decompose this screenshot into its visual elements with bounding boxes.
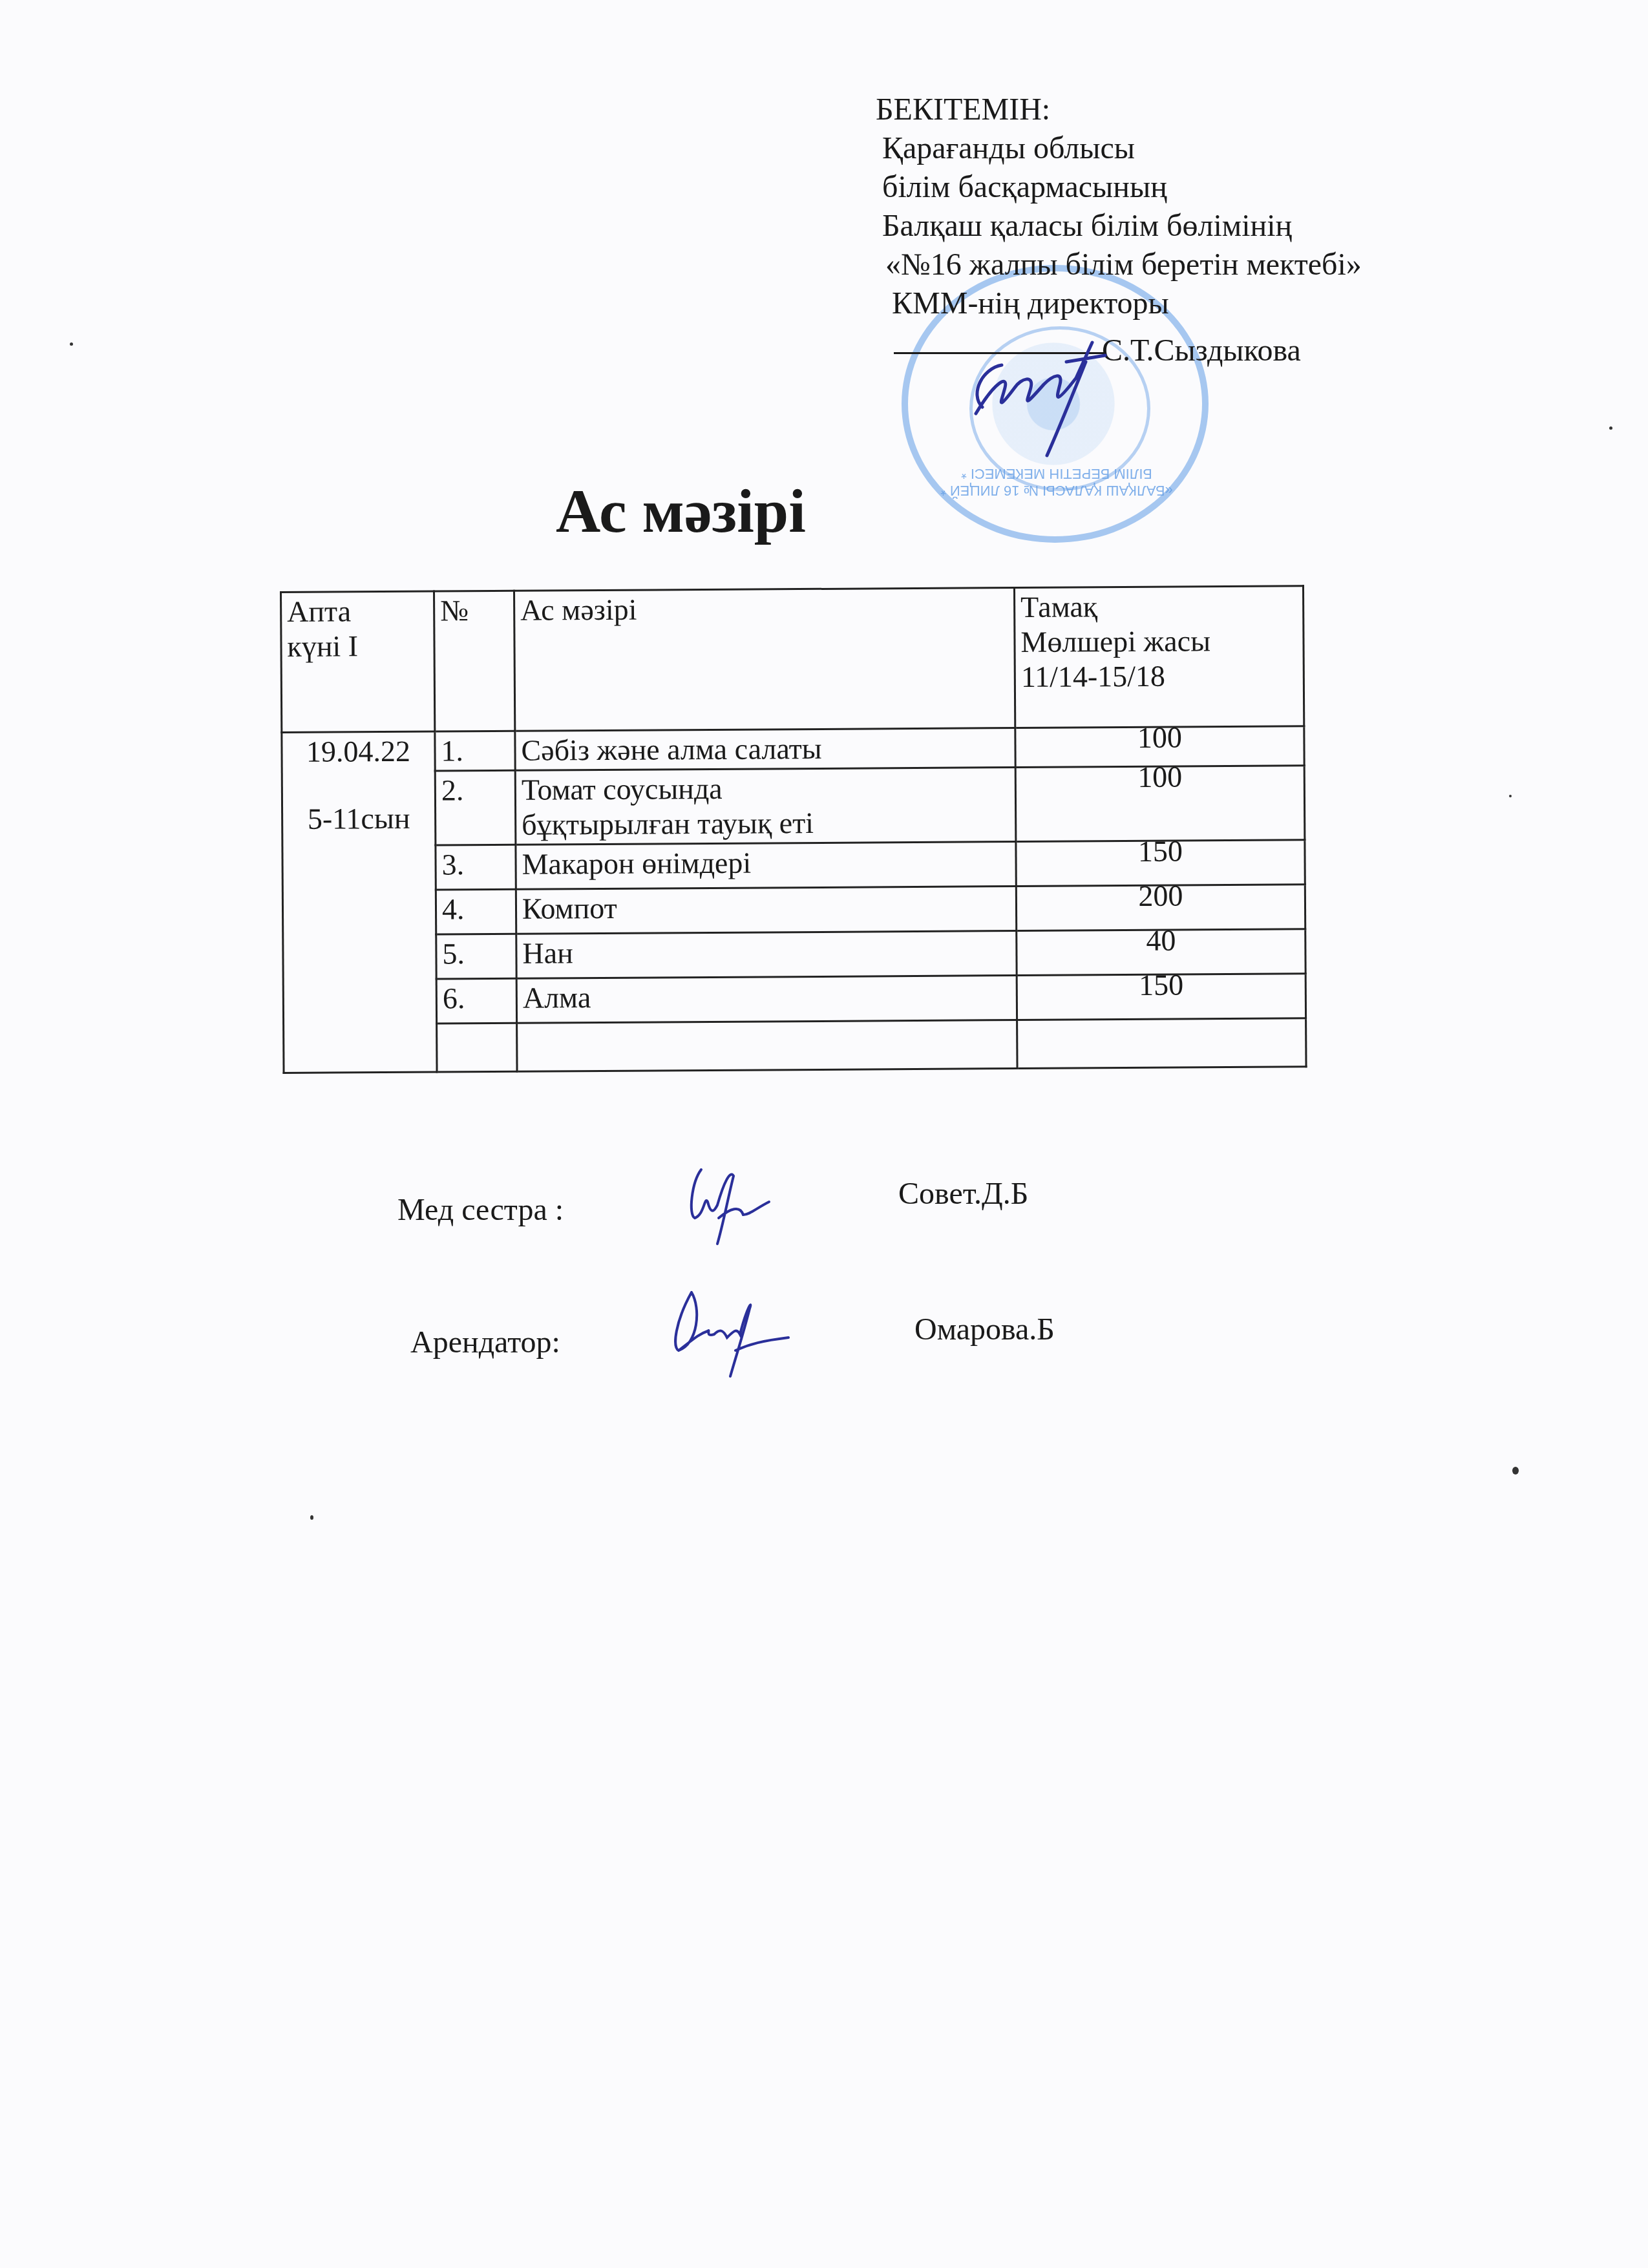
director-signature-icon xyxy=(956,317,1125,465)
row-amount xyxy=(1017,1018,1306,1069)
amount-value: 150 xyxy=(1022,833,1298,870)
scan-speck xyxy=(310,1515,313,1520)
dish-line: Томат соусында xyxy=(522,772,723,806)
tenant-label: Арендатор: xyxy=(410,1325,560,1360)
row-amount: 100 xyxy=(1015,766,1305,842)
amount-value: 100 xyxy=(1022,759,1298,795)
stamp-text: «БАЛҚАШ ҚАЛАСЫ № 16 ЛИЦЕЙ * БІЛІМ БЕРЕТІ… xyxy=(934,465,1179,499)
table-row: 6. Алма 150 xyxy=(283,974,1305,1025)
row-number: 4. xyxy=(436,889,516,934)
row-dish: Сәбіз және алма салаты xyxy=(515,728,1015,771)
scan-speck xyxy=(1609,426,1612,430)
row-dish xyxy=(517,1020,1017,1072)
approval-line: білім басқармасының xyxy=(882,168,1362,207)
row-dish: Томат соусында бұқтырылған тауық еті xyxy=(515,768,1016,845)
nurse-label: Мед сестра : xyxy=(397,1192,564,1228)
amount-value: 150 xyxy=(1023,967,1300,1003)
row-dish: Нан xyxy=(516,931,1017,979)
director-name: С.Т.Сыздыкова xyxy=(1102,331,1301,370)
approval-line: Қарағанды облысы xyxy=(882,129,1362,168)
amount-value: 40 xyxy=(1022,922,1299,959)
header-amount-line: Мөлшері жасы xyxy=(1020,624,1210,658)
scan-speck xyxy=(1512,1467,1519,1475)
tenant-name: Омарова.Б xyxy=(914,1312,1055,1347)
scan-speck xyxy=(70,342,73,346)
row-number: 6. xyxy=(436,978,516,1024)
header-amount-line: 11/14-15/18 xyxy=(1021,660,1165,693)
amount-value: 200 xyxy=(1022,877,1299,914)
row-dish: Компот xyxy=(516,887,1016,934)
row-dish: Макарон өнімдері xyxy=(516,842,1016,890)
header-dish: Ас мәзірі xyxy=(514,588,1015,731)
scan-speck xyxy=(1509,795,1512,797)
amount-value: 100 xyxy=(1021,719,1298,756)
row-number: 5. xyxy=(436,934,516,979)
tenant-signature-icon xyxy=(672,1283,801,1380)
header-amount-line: Тамақ xyxy=(1020,590,1097,624)
dish-line: бұқтырылған тауық еті xyxy=(522,806,814,841)
row-number xyxy=(437,1023,517,1072)
age-group: 5-11сын xyxy=(288,801,429,837)
approval-block: БЕКІТЕМІН: Қарағанды облысы білім басқар… xyxy=(876,90,1362,323)
day-cell: 19.04.22 5-11сын xyxy=(282,731,437,1073)
menu-date: 19.04.22 xyxy=(288,734,428,770)
page-title: Ас мәзірі xyxy=(556,475,806,547)
approval-heading: БЕКІТЕМІН: xyxy=(876,90,1362,129)
header-day-line: күні I xyxy=(287,629,358,663)
header-amount: Тамақ Мөлшері жасы 11/14-15/18 xyxy=(1014,586,1304,728)
row-number: 2. xyxy=(435,770,516,845)
row-number: 3. xyxy=(436,845,516,890)
row-amount: 150 xyxy=(1017,974,1305,1020)
header-day-line: Апта xyxy=(287,594,351,628)
row-dish: Алма xyxy=(516,976,1017,1024)
header-number: № xyxy=(434,591,515,731)
table-row-empty xyxy=(284,1018,1306,1073)
approval-line: «№16 жалпы білім беретін мектебі» xyxy=(885,246,1362,284)
row-number: 1. xyxy=(435,731,515,771)
menu-table: Апта күні I № Ас мәзірі Тамақ Мөлшері жа… xyxy=(280,585,1307,1074)
header-day: Апта күні I xyxy=(281,591,435,732)
nurse-signature-icon xyxy=(679,1157,776,1247)
nurse-name: Совет.Д.Б xyxy=(898,1176,1028,1212)
table-header-row: Апта күні I № Ас мәзірі Тамақ Мөлшері жа… xyxy=(281,586,1304,733)
approval-line: Балқаш қаласы білім бөлімінің xyxy=(882,207,1362,246)
